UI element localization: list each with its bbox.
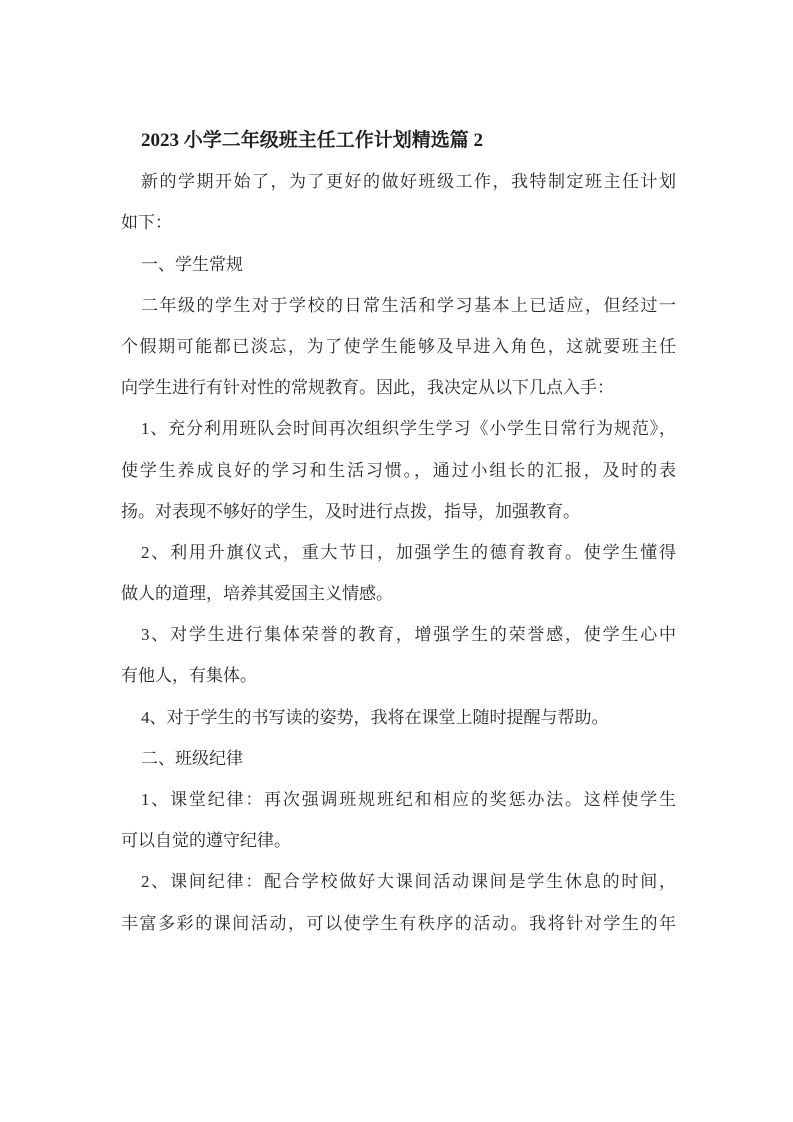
text-line: 2、利用升旗仪式，重大节日，加强学生的德育教育。使学生懂得 <box>121 532 676 573</box>
text-line: 一、学生常规 <box>121 244 676 285</box>
text-line: 丰富多彩的课间活动，可以使学生有秩序的活动。我将针对学生的年 <box>121 903 676 944</box>
paragraph-lines: 新的学期开始了，为了更好的做好班级工作，我特制定班主任计划如下：一、学生常规二年… <box>121 161 676 944</box>
text-line: 新的学期开始了，为了更好的做好班级工作，我特制定班主任计划 <box>121 161 676 202</box>
text-line: 向学生进行有针对性的常规教育。因此，我决定从以下几点入手： <box>121 367 676 408</box>
text-line: 个假期可能都已淡忘，为了使学生能够及早进入角色，这就要班主任 <box>121 326 676 367</box>
text-line: 如下： <box>121 202 676 243</box>
text-line: 做人的道理，培养其爱国主义情感。 <box>121 573 676 614</box>
document-page: 2023 小学二年级班主任工作计划精选篇 2 新的学期开始了，为了更好的做好班级… <box>0 0 793 1122</box>
text-line: 有他人，有集体。 <box>121 655 676 696</box>
document-title: 2023 小学二年级班主任工作计划精选篇 2 <box>121 120 676 161</box>
text-line: 1、课堂纪律：再次强调班规班纪和相应的奖惩办法。这样使学生 <box>121 779 676 820</box>
text-line: 3、对学生进行集体荣誉的教育，增强学生的荣誉感，使学生心中 <box>121 614 676 655</box>
text-line: 4、对于学生的书写读的姿势，我将在课堂上随时提醒与帮助。 <box>121 697 676 738</box>
text-line: 1、充分利用班队会时间再次组织学生学习《小学生日常行为规范》， <box>121 408 676 449</box>
text-line: 使学生养成良好的学习和生活习惯。，通过小组长的汇报，及时的表 <box>121 450 676 491</box>
text-line: 可以自觉的遵守纪律。 <box>121 820 676 861</box>
document-body: 2023 小学二年级班主任工作计划精选篇 2 新的学期开始了，为了更好的做好班级… <box>121 120 676 944</box>
text-line: 二年级的学生对于学校的日常生活和学习基本上已适应，但经过一 <box>121 285 676 326</box>
text-line: 扬。对表现不够好的学生，及时进行点拨，指导，加强教育。 <box>121 491 676 532</box>
text-line: 二、班级纪律 <box>121 738 676 779</box>
text-line: 2、课间纪律：配合学校做好大课间活动课间是学生休息的时间， <box>121 861 676 902</box>
